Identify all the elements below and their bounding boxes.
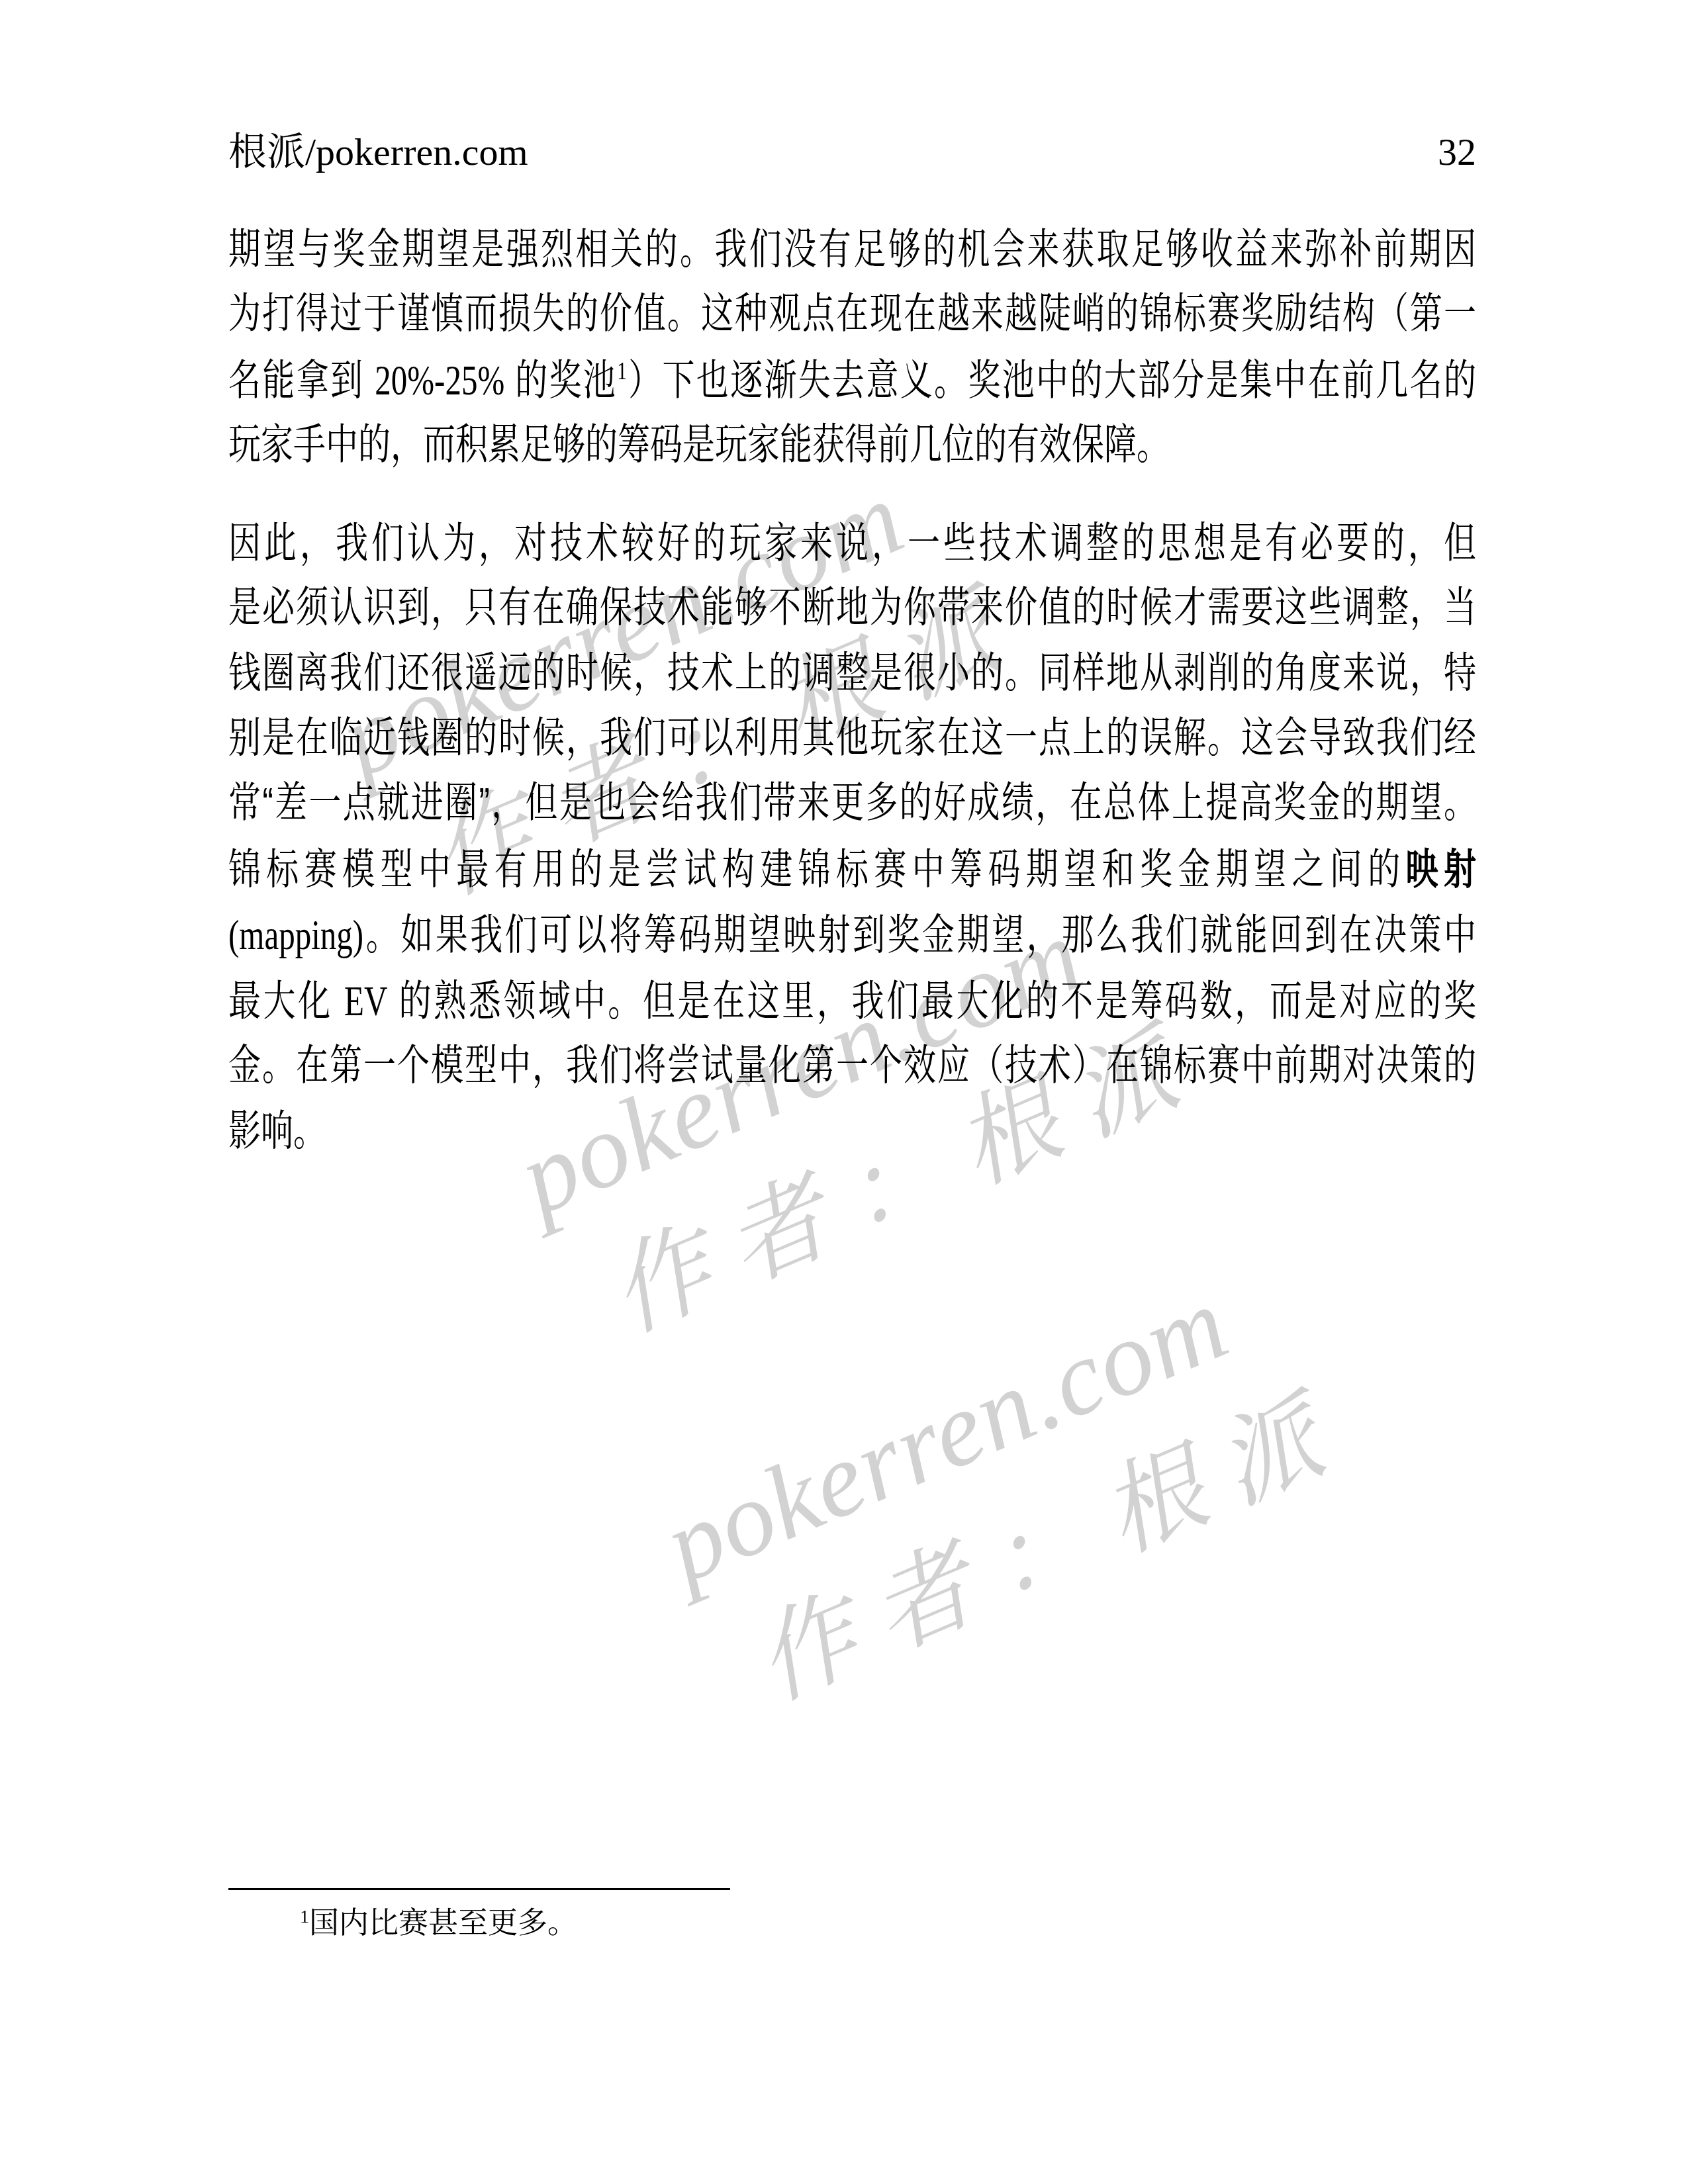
header-page-number: 32	[1438, 131, 1476, 173]
text-line: 影响。	[228, 1099, 1476, 1164]
footnote-ref-marker: 1	[617, 357, 627, 385]
latin-text: (mapping)	[228, 911, 363, 959]
document-page: 根派/pokerren.com 32 pokerren.com 作者：根派 po…	[0, 0, 1688, 2184]
watermark-block: pokerren.com 作者：根派	[647, 1234, 1365, 1742]
text-line: 是必须认识到，只有在确保技术能够不断地为你带来价值的时候才需要这些调整，当	[228, 576, 1476, 641]
latin-text: EV	[344, 977, 387, 1024]
text-line: 期望与奖金期望是强烈相关的。我们没有足够的机会来获取足够收益来弥补前期因	[228, 218, 1476, 283]
text-segment: 锦标赛模型中最有用的是尝试构建锦标赛中筹码期望和奖金期望之间的	[228, 846, 1406, 893]
text-line: 别是在临近钱圈的时候，我们可以利用其他玩家在这一点上的误解。这会导致我们经	[228, 706, 1476, 771]
latin-text: 20%-25%	[375, 356, 504, 404]
text-line: 金。在第一个模型中，我们将尝试量化第一个效应（技术）在锦标赛中前期对决策的	[228, 1034, 1476, 1099]
bold-term: 映射	[1406, 846, 1476, 893]
paragraph-3: 锦标赛模型中最有用的是尝试构建锦标赛中筹码期望和奖金期望之间的映射 (mappi…	[228, 838, 1476, 1164]
text-line: 为打得过于谨慎而损失的价值。这种观点在现在越来越陡峭的锦标赛奖励结构（第一	[228, 283, 1476, 347]
text-line: 因此，我们认为，对技术较好的玩家来说，一些技术调整的思想是有必要的，但	[228, 512, 1476, 576]
footnote-rule	[228, 1888, 730, 1890]
text-line: (mapping)。如果我们可以将筹码期望映射到奖金期望，那么我们就能回到在决策…	[228, 903, 1476, 968]
text-segment: 名能拿到	[228, 357, 375, 403]
text-segment: 。如果我们可以将筹码期望映射到奖金期望，那么我们就能回到在决策中	[363, 912, 1476, 958]
text-segment: 的奖池	[504, 357, 617, 403]
footnote-text: 国内比赛甚至更多。	[309, 1906, 577, 1940]
text-line: 最大化 EV 的熟悉领域中。但是在这里，我们最大化的不是筹码数，而是对应的奖	[228, 968, 1476, 1034]
footnote: 1国内比赛甚至更多。	[228, 1903, 1476, 1943]
text-line: 锦标赛模型中最有用的是尝试构建锦标赛中筹码期望和奖金期望之间的映射	[228, 838, 1476, 903]
text-segment: 的熟悉领域中。但是在这里，我们最大化的不是筹码数，而是对应的奖	[387, 978, 1476, 1024]
footnote-marker: 1	[300, 1907, 309, 1927]
watermark-author-text: 作者：根派	[735, 1363, 1365, 1728]
paragraph-2: 因此，我们认为，对技术较好的玩家来说，一些技术调整的思想是有必要的，但 是必须认…	[228, 512, 1476, 836]
text-line: 钱圈离我们还很遥远的时候，技术上的调整是很小的。同样地从剥削的角度来说，特	[228, 641, 1476, 706]
text-line: 名能拿到 20%-25% 的奖池1）下也逐渐失去意义。奖池中的大部分是集中在前几…	[228, 347, 1476, 413]
text-segment: ）下也逐渐失去意义。奖池中的大部分是集中在前几名的	[627, 357, 1476, 403]
text-line: 玩家手中的，而积累足够的筹码是玩家能获得前几位的有效保障。	[228, 413, 1476, 478]
watermark-site-text: pokerren.com	[647, 1234, 1307, 1606]
text-line: 常“差一点就进圈”，但是也会给我们带来更多的好成绩，在总体上提高奖金的期望。	[228, 771, 1476, 836]
paragraph-1: 期望与奖金期望是强烈相关的。我们没有足够的机会来获取足够收益来弥补前期因 为打得…	[228, 218, 1476, 478]
header-doc-id: 根派/pokerren.com	[228, 131, 528, 173]
text-segment: 最大化	[228, 978, 344, 1024]
